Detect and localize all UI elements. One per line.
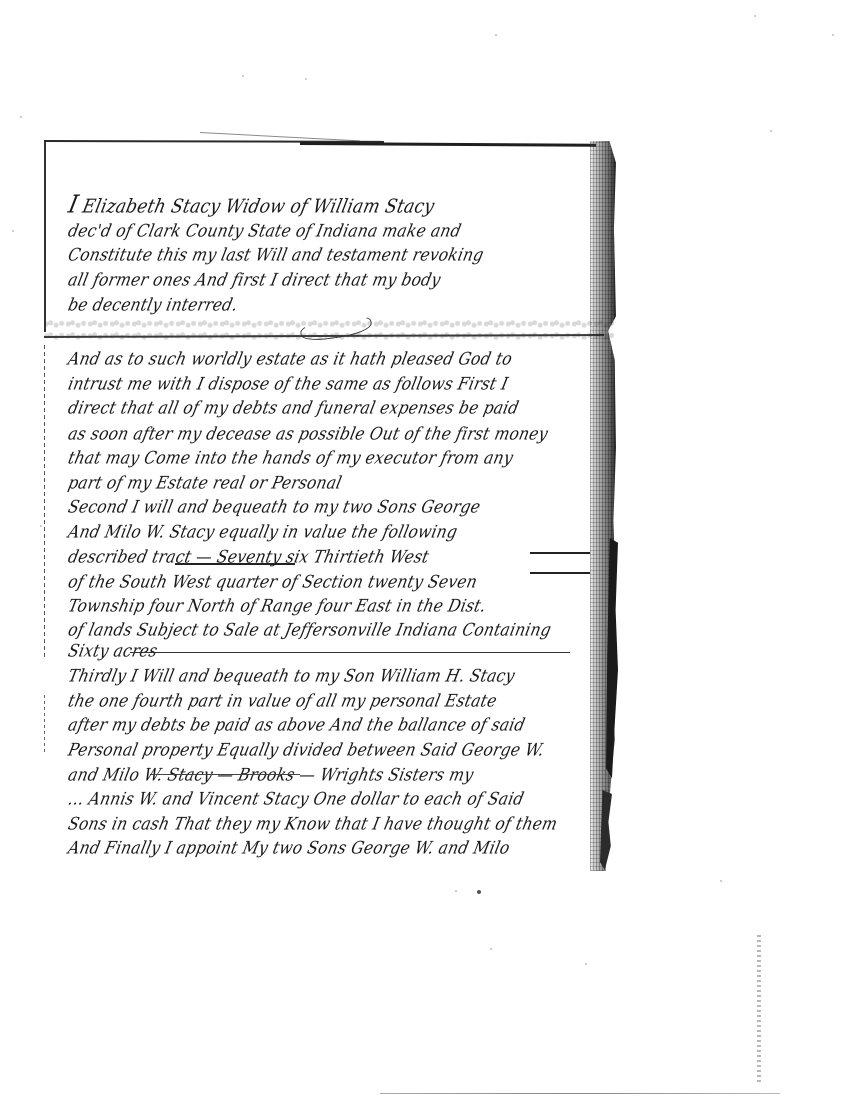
scan-speck [490, 948, 492, 950]
will-line: be decently interred. [66, 294, 611, 316]
scan-speck [40, 525, 42, 527]
ruled-line [130, 652, 570, 653]
scan-speck [770, 130, 772, 132]
will-line: of the South West quarter of Section twe… [66, 571, 611, 593]
scan-artifact [757, 935, 761, 1085]
sheet-left-edge [44, 695, 45, 755]
scan-speck [832, 34, 834, 36]
scan-speck [12, 230, 14, 232]
will-line: Thirdly I Will and bequeath to my Son Wi… [66, 665, 611, 687]
will-line: I Elizabeth Stacy Widow of William Stacy [66, 194, 611, 218]
scan-speck [242, 75, 244, 77]
ink-dot [477, 890, 481, 894]
strike-through [150, 774, 300, 775]
will-line: Second I will and bequeath to my two Son… [66, 496, 611, 518]
will-line: direct that all of my debts and funeral … [66, 397, 611, 419]
will-line: after my debts be paid as above And the … [66, 714, 611, 736]
will-line: intrust me with I dispose of the same as… [66, 373, 611, 395]
scan-speck [495, 34, 497, 36]
will-line: and Milo W. Stacy — Brooks — Wrights Sis… [66, 764, 611, 786]
will-line: Sixty acres [66, 640, 611, 662]
strike-through [175, 563, 295, 565]
will-line: Personal property Equally divided betwee… [66, 739, 611, 761]
will-line: all former ones And first I direct that … [66, 269, 611, 291]
will-line: as soon after my decease as possible Out… [66, 423, 611, 445]
will-line: the one fourth part in value of all my p… [66, 690, 611, 712]
scan-speck [20, 116, 22, 118]
scan-speck [455, 890, 457, 892]
sheet-left-edge [44, 345, 45, 660]
will-line: dec'd of Clark County State of Indiana m… [66, 220, 611, 242]
sheet-top-edge [300, 142, 596, 147]
will-line: Township four North of Range four East i… [66, 595, 611, 617]
will-line: of lands Subject to Sale at Jeffersonvil… [66, 619, 611, 641]
scan-speck [720, 880, 722, 882]
will-line: Constitute this my last Will and testame… [66, 244, 611, 266]
will-line: And Milo W. Stacy equally in value the f… [66, 521, 611, 543]
scan-speck [585, 963, 587, 965]
scan-speck [754, 15, 756, 17]
will-line: that may Come into the hands of my execu… [66, 447, 611, 469]
scanned-page: I Elizabeth Stacy Widow of William Stacy… [0, 0, 850, 1100]
scan-bottom-edge [380, 1093, 780, 1094]
will-line: ... Annis W. and Vincent Stacy One dolla… [66, 788, 611, 810]
will-line: part of my Estate real or Personal [66, 472, 611, 494]
scan-speck [305, 78, 307, 80]
will-line: Sons in cash That they my Know that I ha… [66, 813, 611, 835]
will-line: And Finally I appoint My two Sons George… [66, 837, 611, 859]
will-line: And as to such worldly estate as it hath… [66, 348, 611, 370]
sheet-left-edge [44, 142, 46, 332]
